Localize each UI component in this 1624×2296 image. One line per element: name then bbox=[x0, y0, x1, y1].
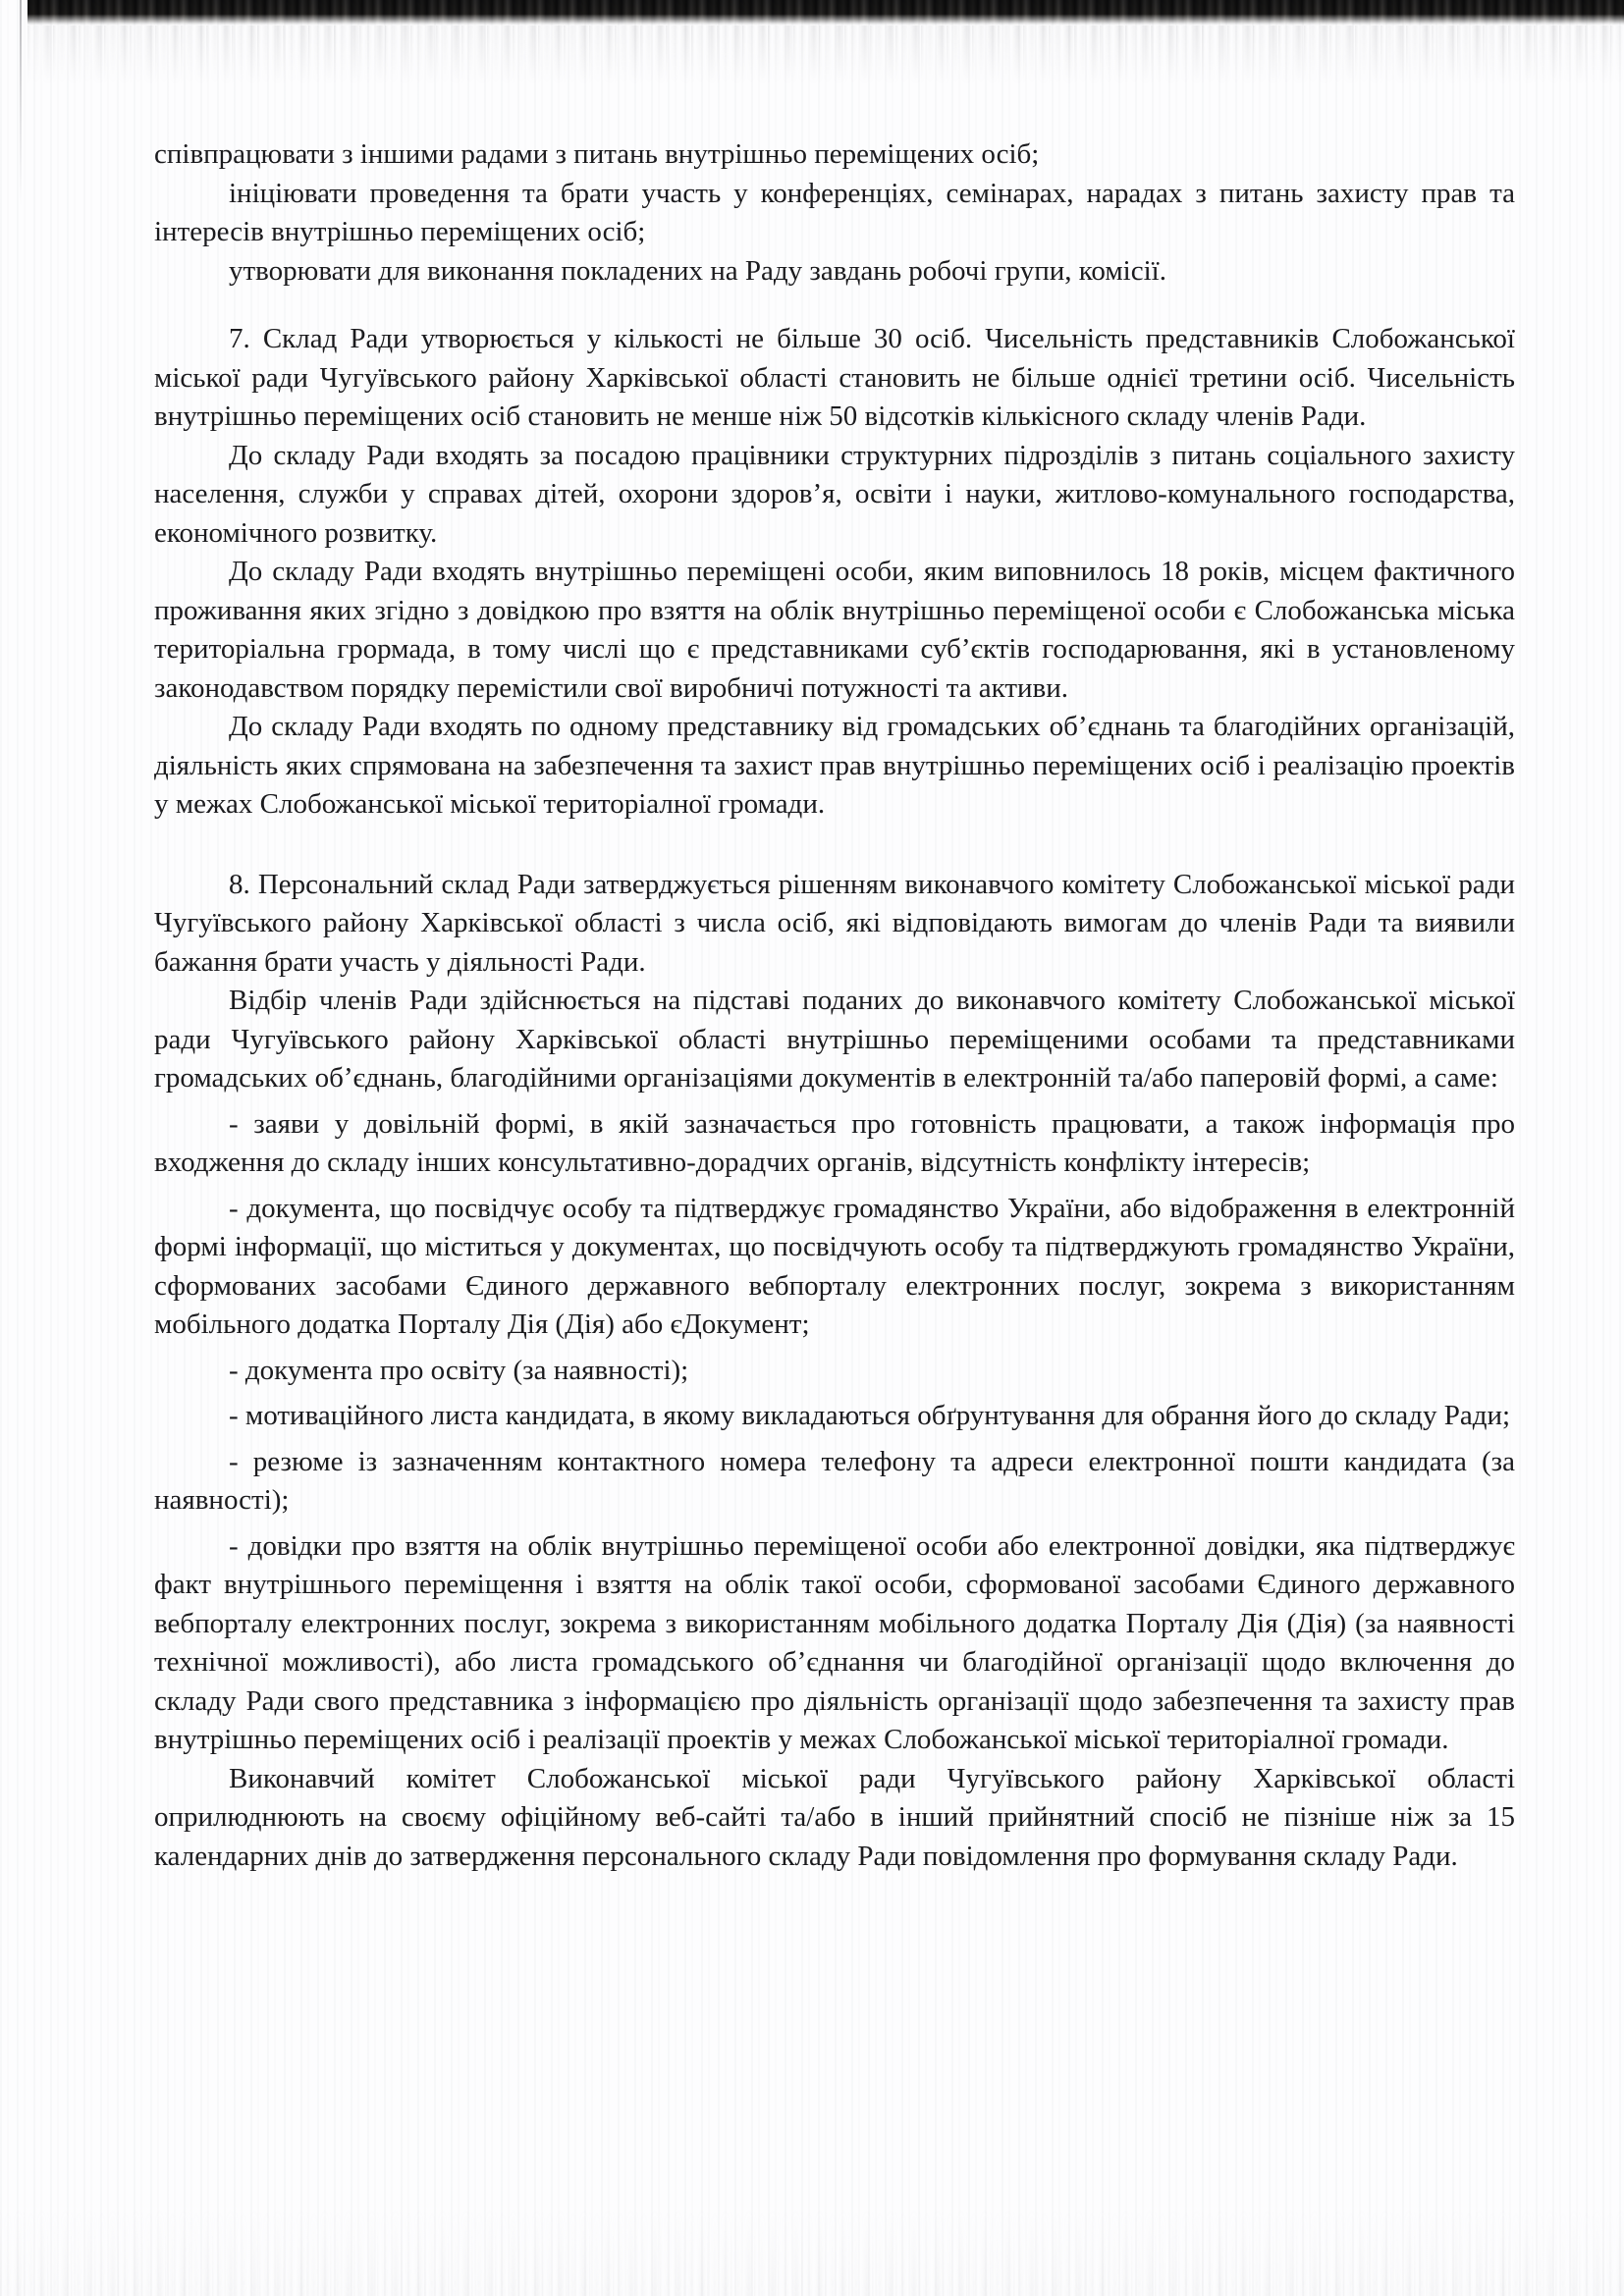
paragraph: - мотиваційного листа кандидата, в якому… bbox=[154, 1397, 1515, 1436]
scan-artifact-top-band bbox=[27, 0, 1624, 26]
paragraph: До складу Ради входять за посадою праців… bbox=[154, 437, 1515, 554]
paragraph: співпрацювати з іншими радами з питань в… bbox=[154, 135, 1515, 175]
paragraph: Відбір членів Ради здійснюється на підст… bbox=[154, 982, 1515, 1098]
scanned-document-page: співпрацювати з іншими радами з питань в… bbox=[0, 0, 1624, 2296]
paragraph: Виконавчий комітет Слобожанської міської… bbox=[154, 1760, 1515, 1877]
paragraph: 8. Персональний склад Ради затверджуєтьс… bbox=[154, 866, 1515, 983]
scan-artifact-bottom-band bbox=[0, 2208, 1624, 2296]
paragraph: - резюме із зазначенням контактного номе… bbox=[154, 1443, 1515, 1521]
paragraph: До складу Ради входять по одному предста… bbox=[154, 708, 1515, 825]
scan-artifact-top-haze bbox=[27, 26, 1624, 84]
paragraph: 7. Склад Ради утворюється у кількості не… bbox=[154, 320, 1515, 437]
paragraph: - документа, що посвідчує особу та підтв… bbox=[154, 1190, 1515, 1345]
paragraph: - довідки про взяття на облік внутрішньо… bbox=[154, 1527, 1515, 1760]
paragraph: До складу Ради входять внутрішньо перемі… bbox=[154, 553, 1515, 708]
paragraph: - документа про освіту (за наявності); bbox=[154, 1352, 1515, 1391]
paragraph: - заяви у довільній формі, в якій зазнач… bbox=[154, 1105, 1515, 1183]
paragraph: утворювати для виконання покладених на Р… bbox=[154, 252, 1515, 292]
paragraph: ініціювати проведення та брати участь у … bbox=[154, 175, 1515, 252]
scan-artifact-edge-line bbox=[20, 0, 22, 206]
document-body-text: співпрацювати з іншими радами з питань в… bbox=[154, 135, 1515, 1876]
